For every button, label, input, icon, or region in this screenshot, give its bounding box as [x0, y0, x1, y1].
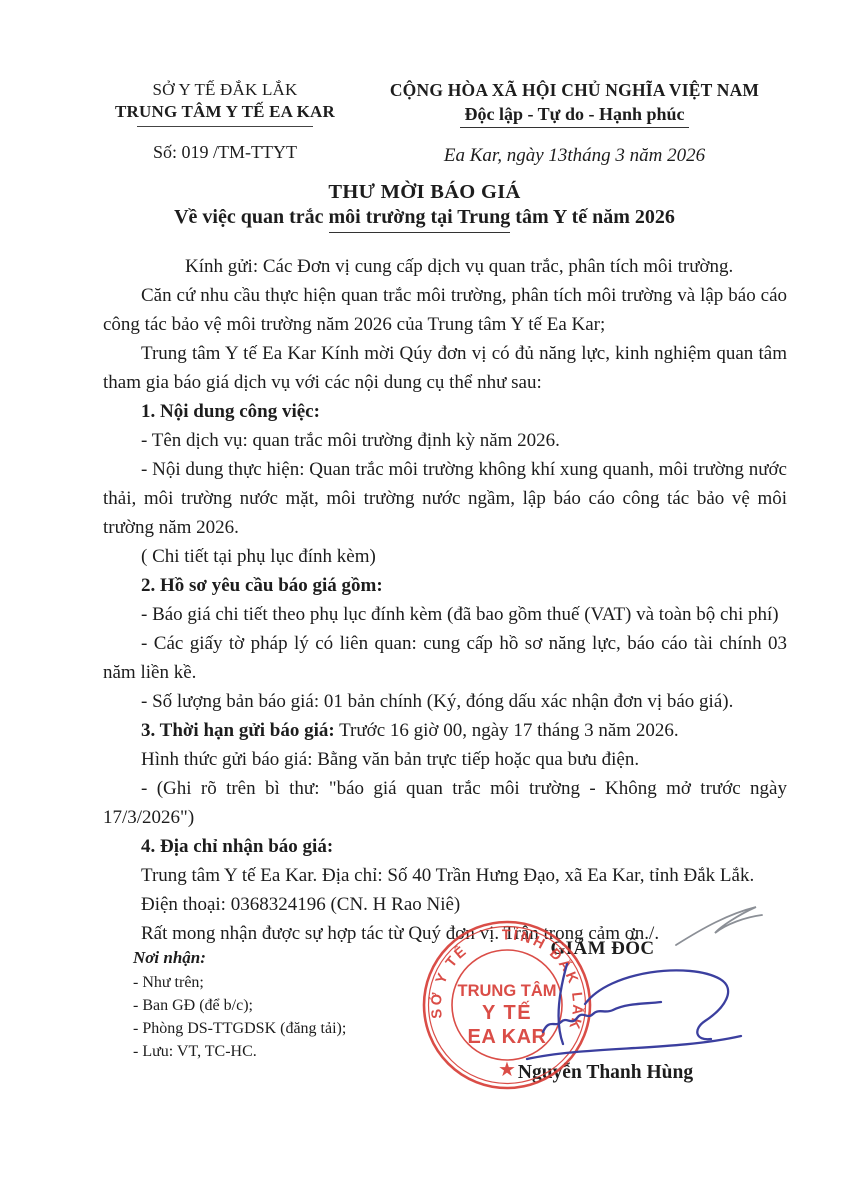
document-page: SỞ Y TẾ ĐẮK LẮK TRUNG TÂM Y TẾ EA KAR Số…	[0, 0, 849, 1200]
signer-name: Nguyễn Thanh Hùng	[498, 1062, 713, 1084]
section-1-heading: 1. Nội dung công việc:	[103, 397, 787, 426]
document-body: Kính gửi: Các Đơn vị cung cấp dịch vụ qu…	[103, 252, 787, 948]
handwritten-signature	[515, 952, 750, 1077]
section-4-address: Trung tâm Y tế Ea Kar. Địa chỉ: Số 40 Tr…	[103, 861, 787, 890]
place-date-line: Ea Kar, ngày 13tháng 3 năm 2026	[350, 145, 799, 167]
section-3-paragraph-1: Hình thức gửi báo giá: Bằng văn bản trực…	[103, 745, 787, 774]
section-1-note: ( Chi tiết tại phụ lục đính kèm)	[103, 542, 787, 571]
section-2-bullet-2: - Các giấy tờ pháp lý có liên quan: cung…	[103, 629, 787, 687]
national-title: CỘNG HÒA XÃ HỘI CHỦ NGHĨA VIỆT NAM	[350, 80, 799, 101]
signature-stroke-vertical	[559, 964, 567, 1044]
salutation: Kính gửi: Các Đơn vị cung cấp dịch vụ qu…	[103, 252, 787, 281]
national-motto-block: CỘNG HÒA XÃ HỘI CHỦ NGHĨA VIỆT NAM Độc l…	[350, 80, 799, 167]
stamp-center-line3: EA KAR	[468, 1026, 547, 1048]
recipients-heading: Nơi nhận:	[133, 946, 346, 969]
recipient-item: - Phòng DS-TTGDSK (đăng tải);	[133, 1017, 346, 1040]
subtitle-underlined: môi trường tại Trung	[329, 206, 511, 233]
org-underline-rule	[137, 126, 313, 127]
issuing-org-block: SỞ Y TẾ ĐẮK LẮK TRUNG TÂM Y TẾ EA KAR Số…	[100, 80, 350, 167]
parent-org-name: SỞ Y TẾ ĐẮK LẮK	[100, 80, 350, 100]
signature-stroke-squiggle	[543, 1002, 661, 1032]
stamp-inner-ring	[452, 950, 562, 1060]
recipients-block: Nơi nhận: - Như trên; - Ban GĐ (để b/c);…	[133, 946, 346, 1063]
section-3-heading: 3. Thời hạn gửi báo giá:	[141, 720, 335, 741]
section-3-paragraph-2: - (Ghi rõ trên bì thư: "báo giá quan trắ…	[103, 774, 787, 832]
subtitle-pre: Về việc quan trắc	[174, 206, 328, 228]
org-name: TRUNG TÂM Y TẾ EA KAR	[100, 102, 350, 122]
recipient-item: - Như trên;	[133, 971, 346, 994]
subtitle-post: tâm Y tế năm 2026	[510, 206, 675, 228]
section-4-phone: Điện thoại: 0368324196 (CN. H Rao Niê)	[103, 890, 787, 919]
national-motto: Độc lập - Tự do - Hạnh phúc	[460, 104, 688, 128]
section-1-bullet-2: - Nội dung thực hiện: Quan trắc môi trườ…	[103, 455, 787, 542]
document-number: Số: 019 /TM-TTYT	[100, 142, 350, 163]
signature-stroke-loop	[585, 970, 728, 1039]
stamp-arc-left-text: SỞ Y TẾ	[427, 942, 472, 1020]
section-3-deadline: Trước 16 giờ 00, ngày 17 tháng 3 năm 202…	[335, 720, 679, 741]
stamp-center-line1: TRUNG TÂM	[458, 981, 557, 1000]
section-3-line: 3. Thời hạn gửi báo giá: Trước 16 giờ 00…	[103, 716, 787, 745]
signer-title: GIÁM ĐỐC	[500, 938, 705, 960]
section-2-heading: 2. Hồ sơ yêu cầu báo giá gồm:	[103, 571, 787, 600]
section-4-heading: 4. Địa chỉ nhận báo giá:	[103, 832, 787, 861]
stamp-center-line2: Y TẾ	[482, 1001, 532, 1024]
recipient-item: - Ban GĐ (để b/c);	[133, 994, 346, 1017]
recipient-item: - Lưu: VT, TC-HC.	[133, 1040, 346, 1063]
section-1-bullet-1: - Tên dịch vụ: quan trắc môi trường định…	[103, 426, 787, 455]
paragraph-basis: Căn cứ nhu cầu thực hiện quan trắc môi t…	[103, 281, 787, 339]
section-2-bullet-3: - Số lượng bản báo giá: 01 bản chính (Ký…	[103, 687, 787, 716]
signature-stroke-underline	[527, 1036, 741, 1059]
section-2-bullet-1: - Báo giá chi tiết theo phụ lục đính kèm…	[103, 600, 787, 629]
document-title: THƯ MỜI BÁO GIÁ	[0, 181, 849, 204]
document-header: SỞ Y TẾ ĐẮK LẮK TRUNG TÂM Y TẾ EA KAR Số…	[0, 0, 849, 167]
paragraph-invitation: Trung tâm Y tế Ea Kar Kính mời Qúy đơn v…	[103, 339, 787, 397]
document-subtitle: Về việc quan trắc môi trường tại Trung t…	[0, 206, 849, 229]
document-title-block: THƯ MỜI BÁO GIÁ Về việc quan trắc môi tr…	[0, 181, 849, 229]
